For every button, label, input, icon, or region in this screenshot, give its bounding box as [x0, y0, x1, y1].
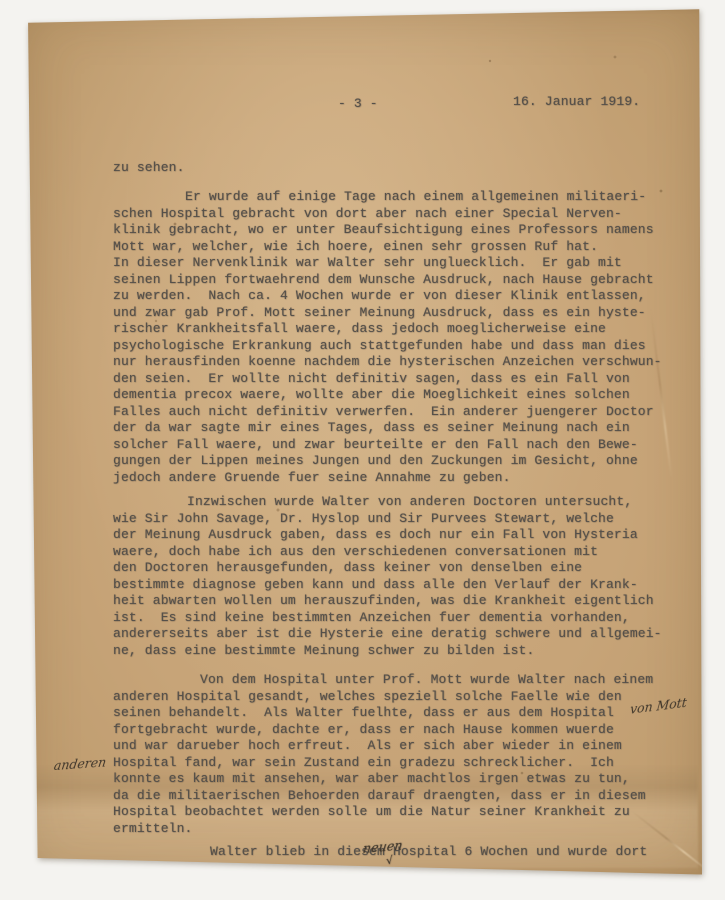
paragraph-1: Er wurde auf einige Tage nach einem allg… [113, 189, 688, 486]
typewritten-line: Von dem Hospital unter Prof. Mott wurde … [113, 672, 688, 689]
typewritten-line: dementia precox waere, wollte aber die M… [113, 387, 688, 404]
typewritten-line: seinen Lippen fortwaehrend dem Wunsche A… [113, 272, 688, 289]
typewritten-line: der da war sagte mir eines Tages, dass e… [113, 420, 688, 437]
letter-paper: - 3 - 16. Januar 1919. zu sehen. Er wurd… [24, 8, 704, 878]
typewritten-line: ist. Es sind keine bestimmten Anzeichen … [113, 610, 688, 627]
typewritten-line: Mott war, welcher, wie ich hoere, einen … [113, 239, 688, 256]
typewritten-line: und war darueber hoch erfreut. Als er si… [113, 738, 688, 755]
typewritten-line: solcher Fall waere, und zwar beurteilte … [113, 437, 688, 454]
typewritten-line: anderen Hospital gesandt, welches spezie… [113, 689, 688, 706]
typewritten-line: wie Sir John Savage, Dr. Hyslop und Sir … [113, 511, 688, 528]
typewritten-line: Inzwischen wurde Walter von anderen Doct… [113, 494, 688, 511]
paragraph-3: Von dem Hospital unter Prof. Mott wurde … [113, 672, 688, 837]
typewritten-line: ne, dass eine bestimmte Meinung schwer z… [113, 643, 688, 660]
typewritten-line: fortgebracht wurde, dachte er, dass er n… [113, 722, 688, 739]
typewritten-line: schen Hospital gebracht von dort aber na… [113, 206, 688, 223]
typewritten-line: seinen behandelt. Als Walter fuelhte, da… [113, 705, 688, 722]
typewritten-line: andererseits aber ist die Hysterie eine … [113, 626, 688, 643]
typewritten-line: Er wurde auf einige Tage nach einem allg… [113, 189, 688, 206]
typewritten-line: und zwar gab Prof. Mott seiner Meinung A… [113, 305, 688, 322]
letter-paper-wrapper: - 3 - 16. Januar 1919. zu sehen. Er wurd… [24, 8, 704, 878]
insertion-caret-mark: √ [385, 854, 393, 868]
typewritten-line: In dieser Nervenklinik war Walter sehr u… [113, 255, 688, 272]
typewritten-line: konnte es kaum mit ansehen, war aber mac… [113, 771, 688, 788]
carryover-line: zu sehen. [113, 160, 185, 175]
typewritten-line: psychologische Erkrankung auch stattgefu… [113, 338, 688, 355]
typewritten-line: den seien. Er wollte nicht definitiv sag… [113, 371, 688, 388]
paper-speckles [24, 8, 26, 10]
closing-line-text-after: Hospital 6 Wochen und wurde dort [385, 844, 647, 859]
scan-background: - 3 - 16. Januar 1919. zu sehen. Er wurd… [0, 0, 725, 900]
typewritten-line: da die militaerischen Behoerden darauf d… [113, 788, 688, 805]
typewritten-line: jedoch andere Gruende fuer seine Annahme… [113, 470, 688, 487]
typewritten-line: nur herausfinden koenne nachdem die hyst… [113, 354, 688, 371]
typewritten-line: bestimmte diagnose geben kann und dass a… [113, 577, 688, 594]
typewritten-line: Hospital fand, war sein Zustand ein grad… [113, 755, 688, 772]
typewritten-line: heit abwarten wollen um herauszufinden, … [113, 593, 688, 610]
typewritten-line: gungen der Lippen meines Jungen und den … [113, 453, 688, 470]
typewritten-line: den Doctoren herausgefunden, dass keiner… [113, 560, 688, 577]
page-number: - 3 - [338, 96, 378, 111]
typewritten-line: zu werden. Nach ca. 4 Wochen wurde er vo… [113, 288, 688, 305]
typewritten-line: der Meinung Ausdruck gaben, dass es doch… [113, 527, 688, 544]
typewritten-line: Falles auch nicht definitiv verwerfen. E… [113, 404, 688, 421]
paragraph-2: Inzwischen wurde Walter von anderen Doct… [113, 494, 688, 659]
typewritten-line: waere, doch habe ich aus den verschieden… [113, 544, 688, 561]
typewritten-line: Hospital beobachtet werden solle um die … [113, 804, 688, 821]
typewritten-line: ermitteln. [113, 821, 688, 838]
closing-line: Walter blieb in diesem√neuen Hospital 6 … [113, 844, 647, 859]
typewritten-line: klinik gebracht, wo er unter Beaufsichti… [113, 222, 688, 239]
closing-line-text-before: Walter blieb in diesem [210, 844, 385, 859]
letter-date: 16. Januar 1919. [513, 94, 640, 109]
typewritten-line: rischer Krankheitsfall waere, dass jedoc… [113, 321, 688, 338]
